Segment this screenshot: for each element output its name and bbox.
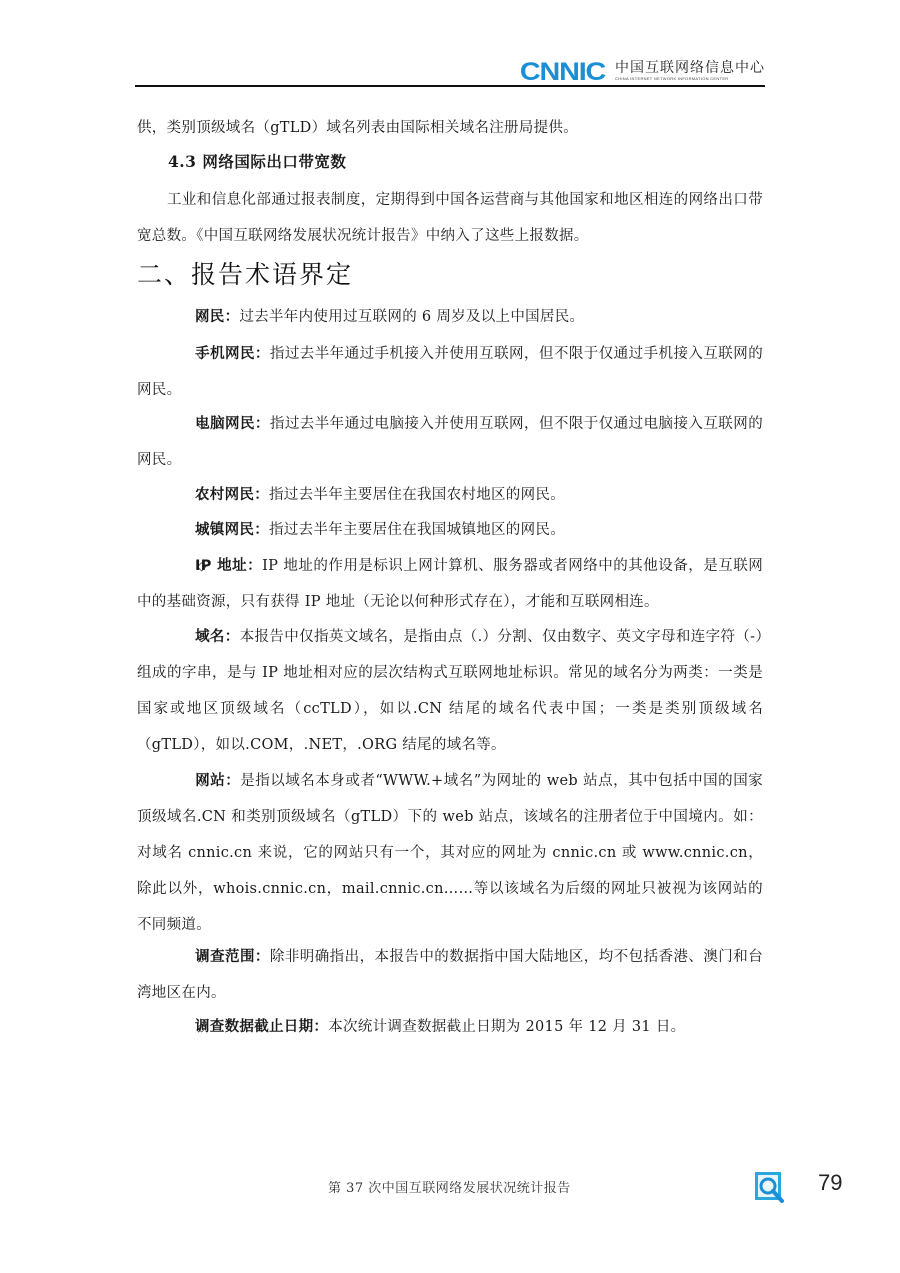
term-item: ◇电脑网民：指过去半年通过电脑接入并使用互联网，但不限于仅通过电脑接入互联网的网… xyxy=(137,406,763,478)
header-divider xyxy=(135,85,765,87)
footer-report-title: 第 37 次中国互联网络发展状况统计报告 xyxy=(328,1177,571,1196)
term-label: 农村网民： xyxy=(195,487,269,503)
term-label: 城镇网民： xyxy=(195,522,269,538)
diamond-bullet-icon: ◇ xyxy=(167,299,195,335)
term-label: 域名： xyxy=(195,629,240,645)
term-item: ◇调查范围：除非明确指出，本报告中的数据指中国大陆地区，均不包括香港、澳门和台湾… xyxy=(137,939,763,1011)
term-item: ◇网站：是指以域名本身或者“WWW.+域名”为网址的 web 站点，其中包括中国… xyxy=(137,763,763,943)
section-4-3-paragraph: 工业和信息化部通过报表制度，定期得到中国各运营商与其他国家和地区相连的网络出口带… xyxy=(137,182,763,254)
diamond-bullet-icon: ◇ xyxy=(167,619,195,655)
diamond-bullet-icon: ◇ xyxy=(167,336,195,372)
page-number: 79 xyxy=(818,1170,842,1196)
term-label: 调查数据截止日期： xyxy=(195,1019,328,1035)
term-item: ◇调查数据截止日期：本次统计调查数据截止日期为 2015 年 12 月 31 日… xyxy=(137,1009,763,1045)
section-heading-2: 二、报告术语界定 xyxy=(137,259,353,291)
document-page: CNNIC 中国互联网络信息中心 CHINA INTERNET NETWORK … xyxy=(0,0,900,1273)
term-definition: 指过去半年主要居住在我国农村地区的网民。 xyxy=(269,487,565,503)
term-definition: 是指以域名本身或者“WWW.+域名”为网址的 web 站点，其中包括中国的国家顶… xyxy=(137,773,763,933)
logo-mark: CNNIC xyxy=(520,61,605,83)
logo-chinese-name: 中国互联网络信息中心 xyxy=(615,61,765,76)
term-label: 调查范围： xyxy=(195,949,270,965)
page-header: CNNIC 中国互联网络信息中心 CHINA INTERNET NETWORK … xyxy=(135,55,765,87)
intro-paragraph: 供，类别顶级域名（gTLD）域名列表由国际相关域名注册局提供。 xyxy=(137,110,763,146)
term-item: ◇域名：本报告中仅指英文域名，是指由点（.）分割、仅由数字、英文字母和连字符（-… xyxy=(137,619,763,763)
diamond-bullet-icon: ◇ xyxy=(167,548,195,584)
logo-english-name: CHINA INTERNET NETWORK INFORMATION CENTE… xyxy=(615,76,765,82)
term-label: 手机网民： xyxy=(195,346,270,362)
term-label: IP 地址： xyxy=(195,558,262,574)
term-item: ◇手机网民：指过去半年通过手机接入并使用互联网，但不限于仅通过手机接入互联网的网… xyxy=(137,336,763,408)
section-heading-4-3: 4.3 网络国际出口带宽数 xyxy=(168,150,346,174)
term-label: 网站： xyxy=(195,773,240,789)
diamond-bullet-icon: ◇ xyxy=(167,939,195,975)
term-label: 电脑网民： xyxy=(195,416,270,432)
diamond-bullet-icon: ◇ xyxy=(167,477,195,513)
term-definition: 本报告中仅指英文域名，是指由点（.）分割、仅由数字、英文字母和连字符（-）组成的… xyxy=(137,629,763,753)
term-label: 网民： xyxy=(195,309,239,325)
term-item: ◇IP 地址：IP 地址的作用是标识上网计算机、服务器或者网络中的其他设备，是互… xyxy=(137,548,763,620)
diamond-bullet-icon: ◇ xyxy=(167,406,195,442)
diamond-bullet-icon: ◇ xyxy=(167,1009,195,1045)
term-definition: 本次统计调查数据截止日期为 2015 年 12 月 31 日。 xyxy=(328,1019,685,1035)
cnnic-logo: CNNIC 中国互联网络信息中心 CHINA INTERNET NETWORK … xyxy=(531,61,765,83)
diamond-bullet-icon: ◇ xyxy=(167,763,195,799)
magnifier-report-icon xyxy=(755,1172,785,1202)
diamond-bullet-icon: ◇ xyxy=(167,512,195,548)
term-item: ◇网民：过去半年内使用过互联网的 6 周岁及以上中国居民。 xyxy=(137,299,763,335)
term-definition: 指过去半年主要居住在我国城镇地区的网民。 xyxy=(269,522,565,538)
term-item: ◇城镇网民：指过去半年主要居住在我国城镇地区的网民。 xyxy=(137,512,763,548)
term-item: ◇农村网民：指过去半年主要居住在我国农村地区的网民。 xyxy=(137,477,763,513)
term-definition: 过去半年内使用过互联网的 6 周岁及以上中国居民。 xyxy=(239,309,584,325)
logo-text: 中国互联网络信息中心 CHINA INTERNET NETWORK INFORM… xyxy=(615,61,765,82)
